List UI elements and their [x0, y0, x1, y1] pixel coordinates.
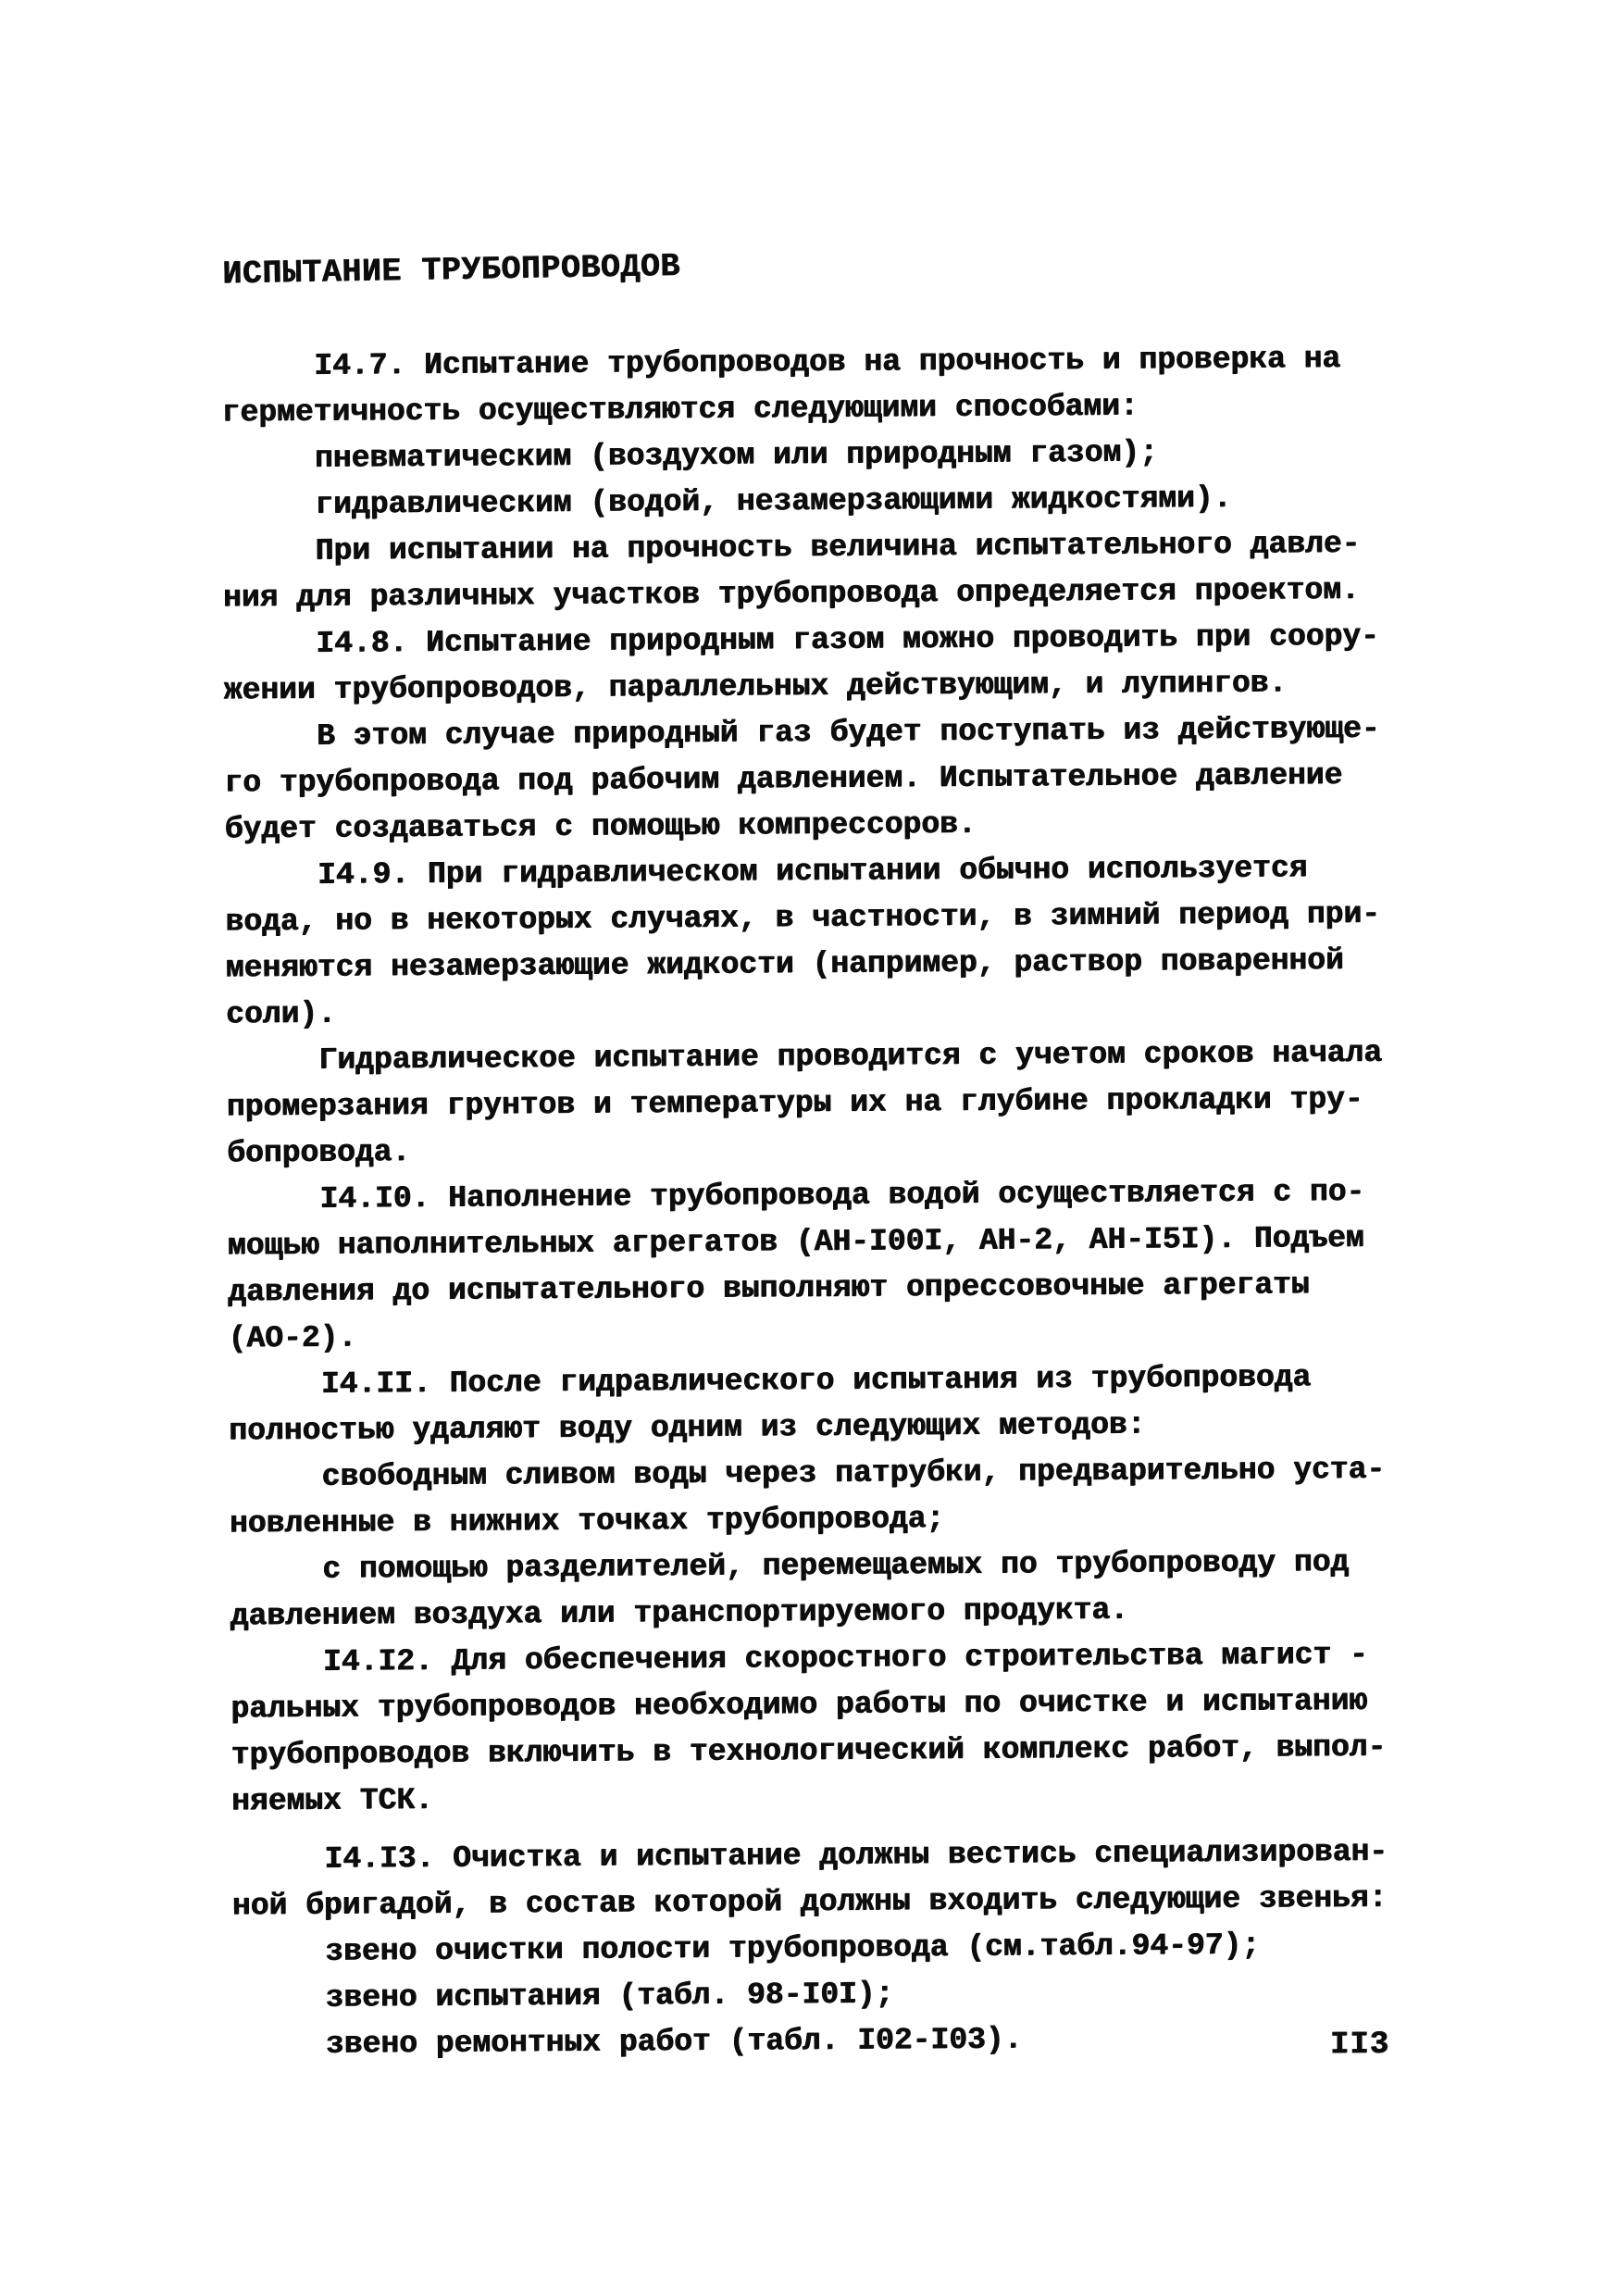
text-line: полностью удаляют воду одним из следующи… — [229, 1400, 1413, 1454]
text-line: I4.9. При гидравлическом испытании обычн… — [225, 844, 1410, 899]
text-line: няемых ТСК. — [231, 1770, 1416, 1825]
text-line: I4.I0. Наполнение трубопровода водой осу… — [227, 1168, 1412, 1223]
text-line: ральных трубопроводов необходимо работы … — [230, 1678, 1415, 1732]
text-line: го трубопровода под рабочим давлением. И… — [224, 752, 1409, 806]
text-line: (АО-2). — [228, 1307, 1413, 1362]
text-line: ния для различных участков трубопровода … — [223, 567, 1408, 621]
text-line: гидравлическим (водой, незамерзающими жи… — [222, 474, 1407, 529]
text-line: ной бригадой, в состав которой должны вх… — [232, 1875, 1417, 1929]
page-number: II3 — [1330, 2028, 1389, 2063]
text-line: будет создаваться с помощью компрессоров… — [224, 798, 1409, 853]
text-line: I4.8. Испытание природным газом можно пр… — [223, 613, 1408, 668]
page-sheet: ИСПЫТАНИЕ ТРУБОПРОВОДОВ I4.7. Испытание … — [0, 0, 1618, 2296]
text-line: давления до испытательного выполняют опр… — [228, 1261, 1413, 1316]
text-line: звено испытания (табл. 98-I0I); — [232, 1967, 1417, 2022]
text-line: промерзания грунтов и температуры их на … — [227, 1076, 1412, 1130]
text-line: При испытании на прочность величина испы… — [222, 520, 1407, 575]
text-line: I4.7. Испытание трубопроводов на прочнос… — [221, 335, 1406, 390]
text-line: I4.II. После гидравлического испытания и… — [229, 1354, 1413, 1408]
text-line: меняются незамерзающие жидкости (наприме… — [225, 937, 1410, 992]
text-line: В этом случае природный газ будет поступ… — [224, 705, 1409, 760]
text-line: мощью наполнительных агрегатов (АН-I00I,… — [228, 1215, 1413, 1269]
text-line: трубопроводов включить в технологический… — [230, 1724, 1415, 1778]
text-line: пневматическим (воздухом или природным г… — [222, 428, 1407, 482]
text-line: I4.I3. Очистка и испытание должны вестис… — [231, 1828, 1416, 1883]
text-line: давлением воздуха или транспортируемого … — [230, 1585, 1414, 1640]
text-line: с помощью разделителей, перемещаемых по … — [230, 1539, 1414, 1593]
text-line: новленные в нижних точках трубопровода; — [230, 1492, 1414, 1547]
text-block: I4.7. Испытание трубопроводов на прочнос… — [221, 335, 1418, 2068]
text-line: вода, но в некоторых случаях, в частност… — [225, 891, 1410, 945]
text-line: соли). — [226, 983, 1411, 1038]
text-line: I4.I2. Для обеспечения скоростного строи… — [230, 1631, 1415, 1686]
text-line: звено очистки полости трубопровода (см.т… — [232, 1921, 1417, 1976]
text-line: свободным сливом воды через патрубки, пр… — [229, 1446, 1413, 1501]
text-line: звено ремонтных работ (табл. I02-I03). — [233, 2014, 1418, 2068]
text-line: герметичность осуществляются следующими … — [221, 381, 1406, 436]
text-line: жении трубопроводов, параллельных действ… — [223, 659, 1408, 714]
text-line: бопровода. — [227, 1122, 1412, 1177]
text-line: Гидравлическое испытание проводится с уч… — [226, 1029, 1411, 1084]
scanned-document-page: ИСПЫТАНИЕ ТРУБОПРОВОДОВ I4.7. Испытание … — [0, 0, 1618, 2296]
document-title: ИСПЫТАНИЕ ТРУБОПРОВОДОВ — [222, 248, 680, 293]
